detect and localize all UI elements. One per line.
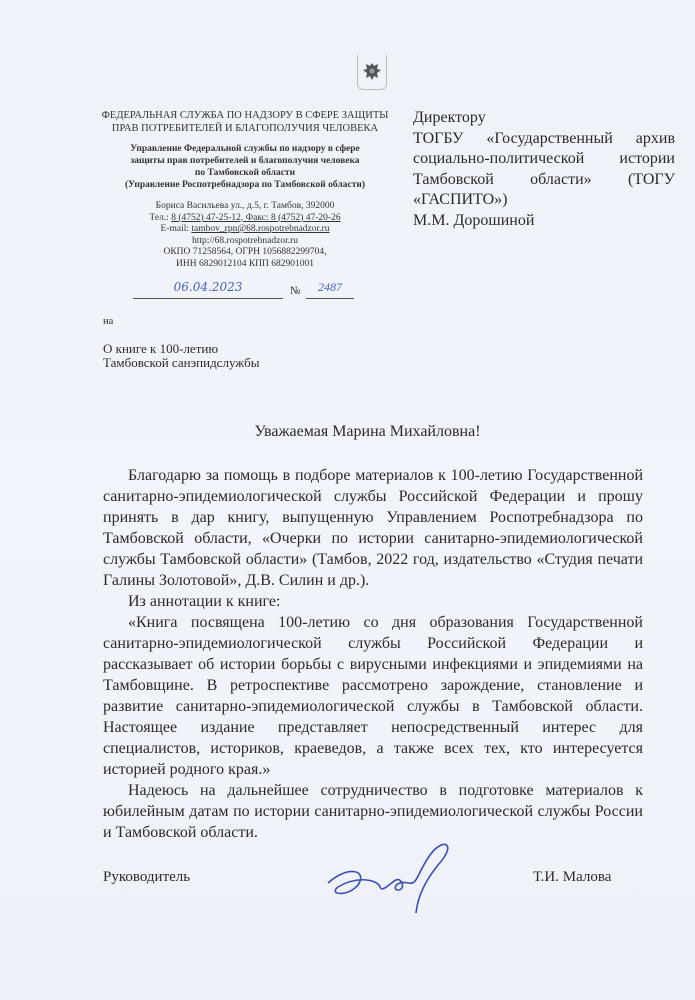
number-label: №: [290, 285, 301, 297]
paragraph: Благодарю за помощь в подборе материалов…: [103, 465, 643, 591]
addressee-block: Директору ТОГБУ «Государственный архив с…: [413, 108, 675, 231]
email-link[interactable]: tambov_rpn@68.rospotrebnadzor.ru: [191, 224, 329, 234]
quote-paragraph: «Книга посвящена 100-летию со дня образо…: [103, 612, 643, 780]
handwritten-signature-icon: [318, 835, 468, 915]
okpo-ogrn: ОКПО 71258564, ОГРН 1056882299704,: [100, 247, 390, 259]
signatory-title: Руководитель: [103, 869, 190, 886]
paragraph: Из аннотации к книге:: [103, 591, 643, 612]
federal-service-name: ФЕДЕРАЛЬНАЯ СЛУЖБА ПО НАДЗОРУ В СФЕРЕ ЗА…: [100, 110, 390, 135]
letter-page: ФЕДЕРАЛЬНАЯ СЛУЖБА ПО НАДЗОРУ В СФЕРЕ ЗА…: [0, 0, 695, 1000]
address: Бориса Васильева ул., д.5, г. Тамбов, 39…: [100, 201, 390, 213]
signatory-name: Т.И. Малова: [533, 869, 611, 886]
paragraph: Надеюсь на дальнейшее сотрудничество в п…: [103, 780, 643, 843]
letter-subject: О книге к 100-летию Тамбовской санэпидсл…: [103, 342, 259, 370]
contact-info: Бориса Васильева ул., д.5, г. Тамбов, 39…: [100, 201, 390, 270]
registration-date: 06.04.2023: [133, 280, 283, 299]
inn-kpp: ИНН 6829012104 КПП 682901001: [100, 259, 390, 271]
phone-line: Тел.: 8 (4752) 47-25-12, Факс: 8 (4752) …: [100, 213, 390, 225]
coat-of-arms-icon: [357, 55, 387, 90]
registration-number: 2487: [306, 280, 354, 299]
salutation: Уважаемая Марина Михайловна!: [0, 423, 695, 441]
email-line: E-mail: tambov_rpn@68.rospotrebnadzor.ru: [100, 224, 390, 236]
phone-number: 8 (4752) 47-25-12, Факс: 8 (4752) 47-20-…: [171, 213, 340, 223]
eagle-emblem-icon: [361, 60, 383, 84]
department-name: Управление Федеральной службы по надзору…: [100, 143, 390, 191]
reply-to-label: на: [103, 316, 113, 327]
letterhead: ФЕДЕРАЛЬНАЯ СЛУЖБА ПО НАДЗОРУ В СФЕРЕ ЗА…: [100, 110, 390, 270]
website-link[interactable]: http://68.rospotrebnadzor.ru: [100, 236, 390, 248]
letter-body: Благодарю за помощь в подборе материалов…: [103, 465, 643, 843]
